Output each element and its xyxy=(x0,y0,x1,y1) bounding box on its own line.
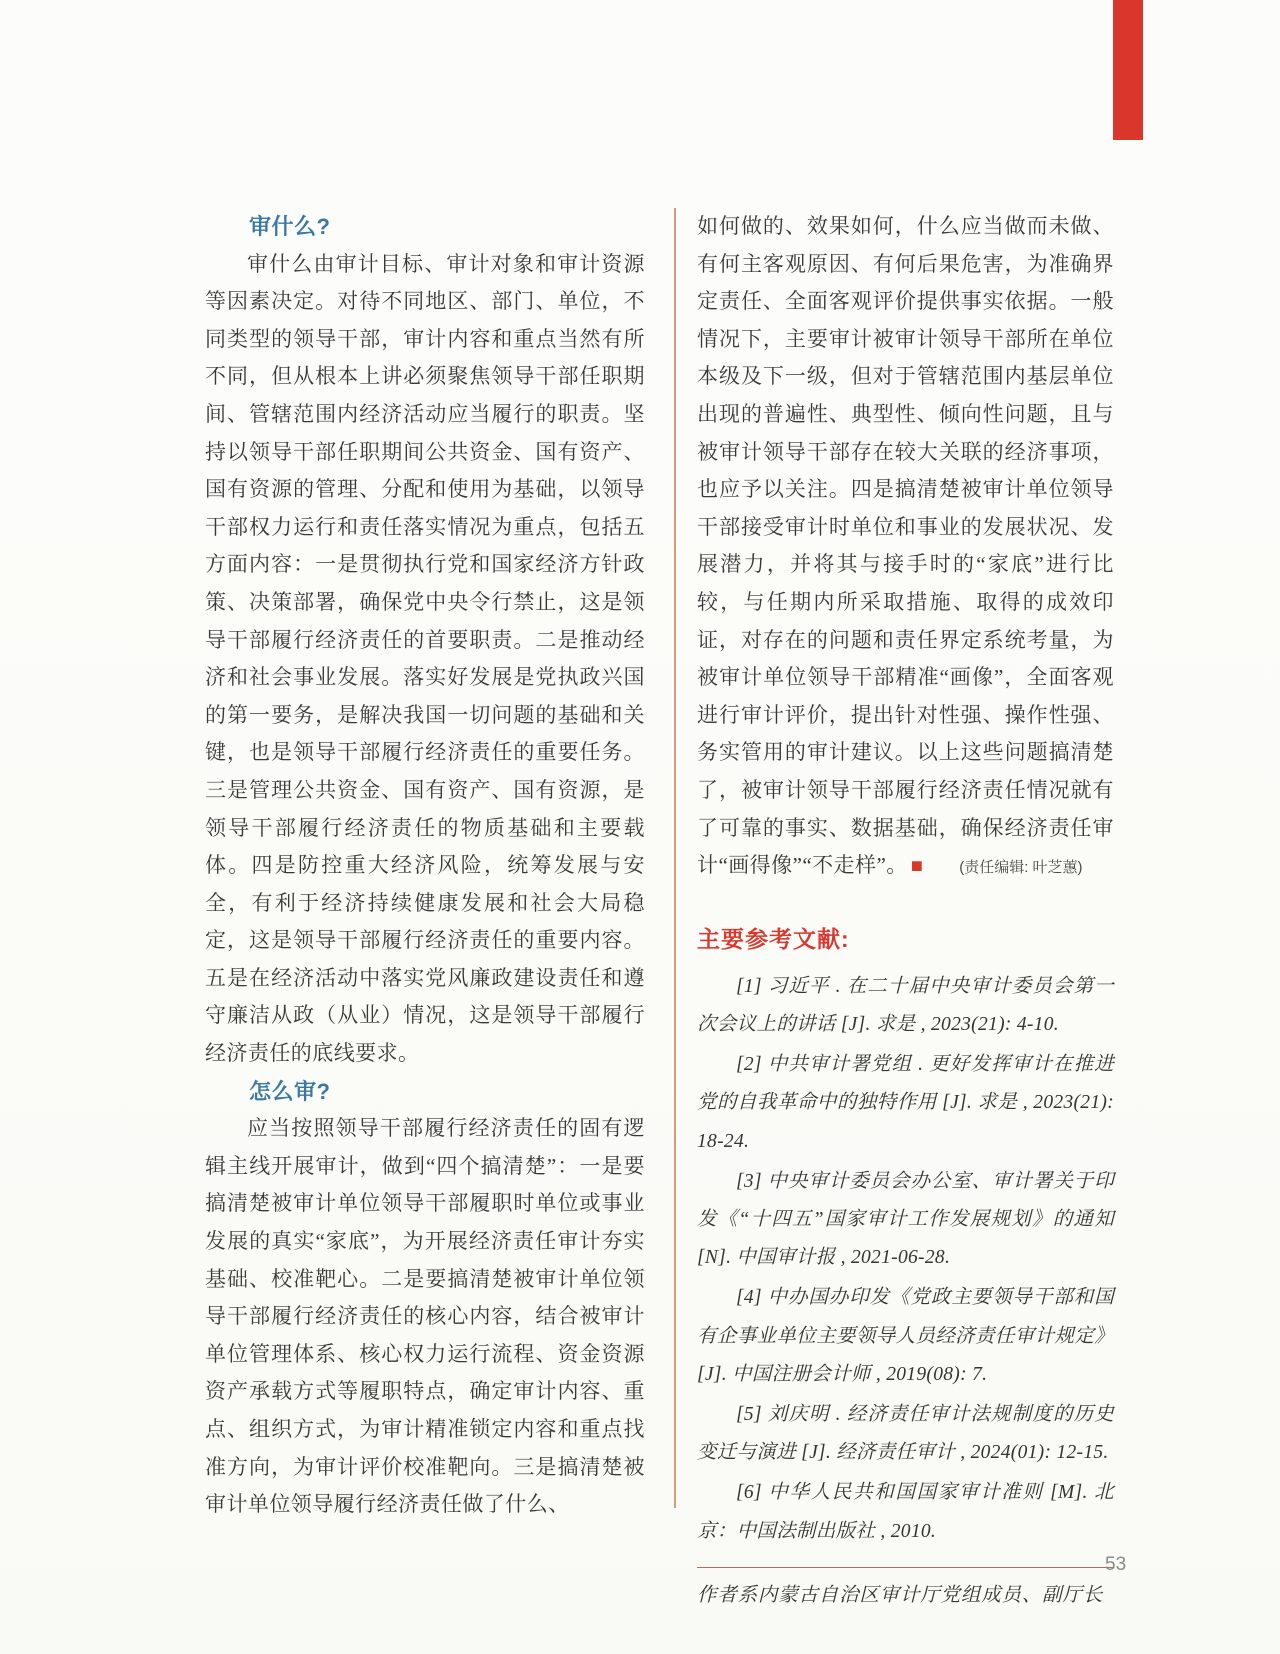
corner-red-bar xyxy=(1113,0,1143,140)
reference-item-5: [5] 刘庆明 . 经济责任审计法规制度的历史变迁与演进 [J]. 经济责任审计… xyxy=(697,1396,1114,1472)
section-how-paragraph: 应当按照领导干部履行经济责任的固有逻辑主线开展审计，做到“四个搞清楚”：一是要搞… xyxy=(205,1110,645,1524)
reference-item-1: [1] 习近平 . 在二十届中央审计委员会第一次会议上的讲话 [J]. 求是 ,… xyxy=(697,968,1114,1044)
column-divider xyxy=(674,208,676,1508)
reference-item-4: [4] 中办国办印发《党政主要领导干部和国有企事业单位主要领导人员经济责任审计规… xyxy=(697,1279,1114,1394)
reference-item-6: [6] 中华人民共和国国家审计准则 [M]. 北京：中国法制出版社 , 2010… xyxy=(697,1474,1114,1550)
article-body: 审什么? 审什么由审计目标、审计对象和审计资源等因素决定。对待不同地区、部门、单… xyxy=(205,208,1114,1615)
section-heading-how: 怎么审? xyxy=(205,1073,645,1111)
editor-note: (责任编辑: 叶芝蕙) xyxy=(959,859,1082,876)
section-heading-what: 审什么? xyxy=(205,208,645,246)
author-note: 作者系内蒙古自治区审计厅党组成员、副厅长 xyxy=(697,1577,1114,1615)
references-heading: 主要参考文献: xyxy=(697,921,1114,954)
continuation-paragraph: 如何做的、效果如何，什么应当做而未做、有何主客观原因、有何后果危害，为准确界定责… xyxy=(697,208,1114,887)
reference-item-2: [2] 中共审计署党组 . 更好发挥审计在推进党的自我革命中的独特作用 [J].… xyxy=(697,1046,1114,1161)
right-column: 如何做的、效果如何，什么应当做而未做、有何主客观原因、有何后果危害，为准确界定责… xyxy=(697,208,1114,1615)
magazine-page: 审什么? 审什么由审计目标、审计对象和审计资源等因素决定。对待不同地区、部门、单… xyxy=(0,0,1280,1654)
left-column: 审什么? 审什么由审计目标、审计对象和审计资源等因素决定。对待不同地区、部门、单… xyxy=(205,208,645,1524)
reference-item-3: [3] 中央审计委员会办公室、审计署关于印发《“十四五”国家审计工作发展规划》的… xyxy=(697,1163,1114,1278)
page-number: 53 xyxy=(1105,1554,1126,1576)
article-end-mark: ■ xyxy=(911,855,924,877)
author-divider-rule xyxy=(697,1567,1114,1568)
section-what-paragraph: 审什么由审计目标、审计对象和审计资源等因素决定。对待不同地区、部门、单位，不同类… xyxy=(205,246,645,1073)
continuation-text: 如何做的、效果如何，什么应当做而未做、有何主客观原因、有何后果危害，为准确界定责… xyxy=(697,214,1114,877)
